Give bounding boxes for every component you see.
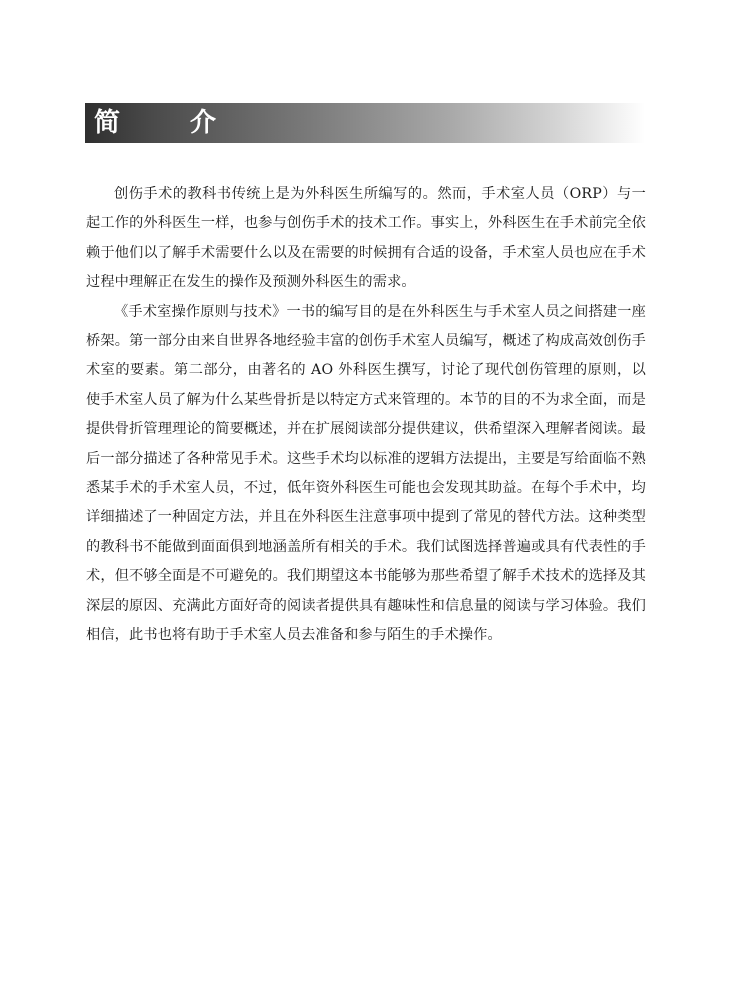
section-title-bar: 简 介 xyxy=(85,103,645,143)
paragraph-intro: 创伤手术的教科书传统上是为外科医生所编写的。然而，手术室人员（ORP）与一起工作… xyxy=(86,180,646,298)
document-body: 创伤手术的教科书传统上是为外科医生所编写的。然而，手术室人员（ORP）与一起工作… xyxy=(86,180,646,651)
paragraph-book-purpose: 《手术室操作原则与技术》一书的编写目的是在外科医生与手术室人员之间搭建一座桥架。… xyxy=(86,298,646,651)
section-title: 简 介 xyxy=(85,103,238,143)
